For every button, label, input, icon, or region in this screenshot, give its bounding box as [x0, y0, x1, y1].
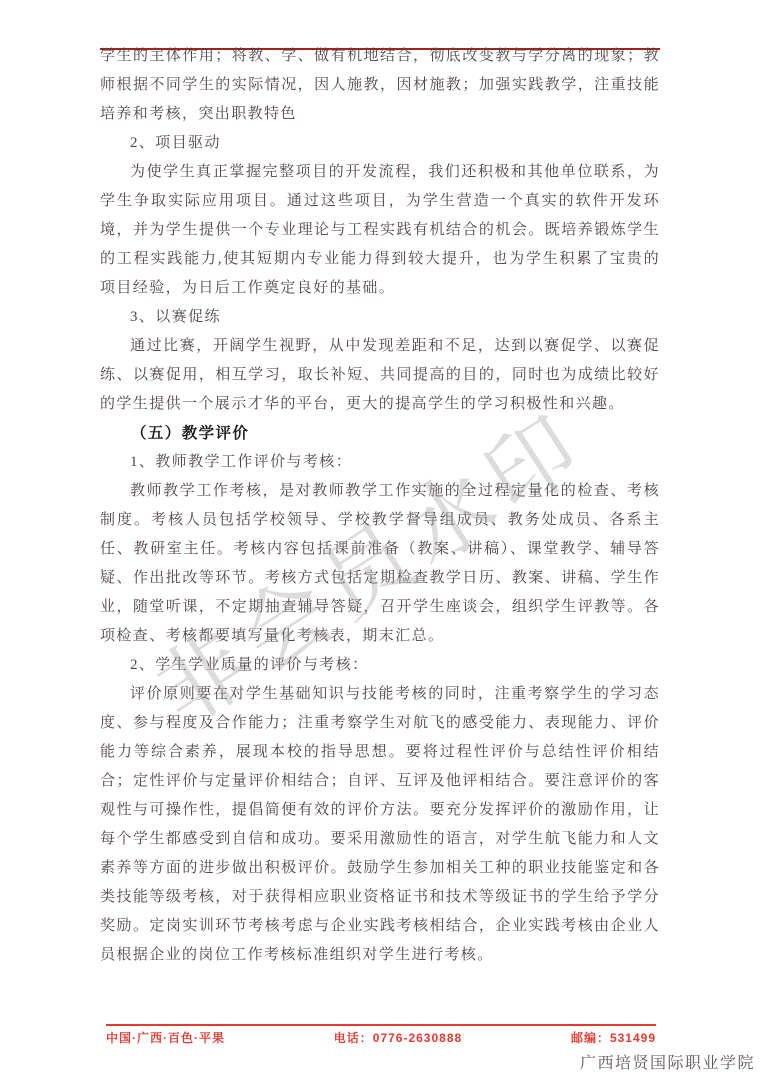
footer-rule: [106, 1024, 656, 1026]
school-name: 广西培贤国际职业学院: [580, 1050, 755, 1073]
paragraph-5: 通过比赛，开阔学生视野，从中发现差距和不足，达到以赛促学、以赛促练、以赛促用，相…: [100, 332, 660, 419]
paragraph-10: 评价原则要在对学生基础知识与技能考核的同时，注重考察学生的学习态度、参与程度及合…: [100, 680, 660, 970]
paragraph-4: 3、以赛促练: [100, 303, 660, 332]
paragraph-7: 1、教师教学工作评价与考核：: [100, 448, 660, 477]
document-page: 学生的主体作用；将教、学、做有机地结合，彻底改变教与学分离的现象；教师根据不同学…: [0, 0, 763, 1080]
paragraph-6: （五）教学评价: [100, 419, 660, 448]
paragraph-1: 学生的主体作用；将教、学、做有机地结合，彻底改变教与学分离的现象；教师根据不同学…: [100, 42, 660, 129]
footer-phone: 电话：0776-2630888: [334, 1029, 462, 1046]
footer-zip: 邮编：531499: [571, 1029, 656, 1046]
paragraph-3: 为使学生真正掌握完整项目的开发流程，我们还积极和其他单位联系，为学生争取实际应用…: [100, 158, 660, 303]
footer: 中国·广西·百色·平果 电话：0776-2630888 邮编：531499: [106, 1029, 656, 1046]
paragraph-8: 教师教学工作考核，是对教师教学工作实施的全过程定量化的检查、考核制度。考核人员包…: [100, 477, 660, 651]
document-body: 学生的主体作用；将教、学、做有机地结合，彻底改变教与学分离的现象；教师根据不同学…: [100, 42, 660, 970]
footer-location: 中国·广西·百色·平果: [106, 1029, 225, 1046]
paragraph-9: 2、学生学业质量的评价与考核：: [100, 651, 660, 680]
paragraph-2: 2、项目驱动: [100, 129, 660, 158]
